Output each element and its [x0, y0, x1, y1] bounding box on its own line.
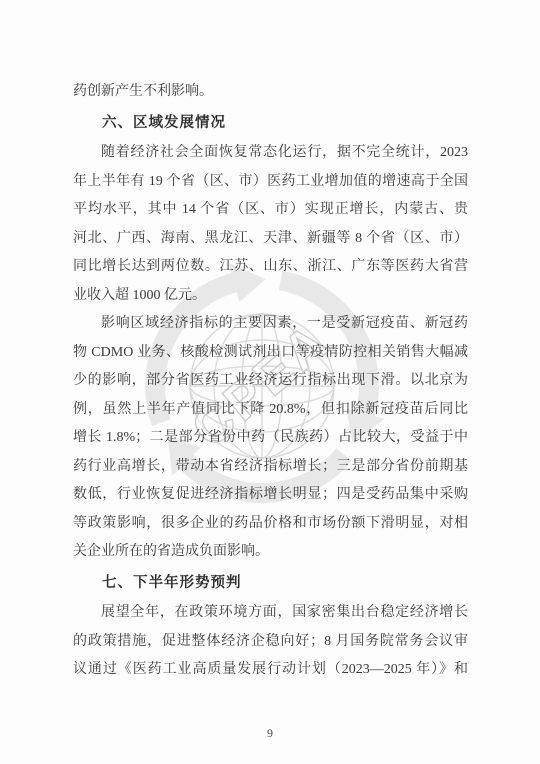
- text-line: 随着经济社会全面恢复常态化运行，据不完全统计，2023: [73, 139, 468, 168]
- text-line: 年上半年有 19 个省（区、市）医药工业增加值的增速高于全国: [73, 168, 468, 197]
- section-7-heading: 七、下半年形势预判: [73, 569, 468, 598]
- text-line: 河北、广西、海南、黑龙江、天津、新疆等 8 个省（区、市）: [73, 225, 468, 254]
- text-line: 的政策措施，促进整体经济企稳向好；8 月国务院常务会议审: [73, 628, 468, 657]
- text-line: 平均水平，其中 14 个省（区、市）实现正增长，内蒙古、贵州、: [73, 196, 468, 225]
- text-line: 物 CDMO 业务、核酸检测试剂出口等疫情防控相关销售大幅减: [73, 339, 468, 368]
- text-line: 影响区域经济指标的主要因素，一是受新冠疫苗、新冠药: [73, 310, 468, 339]
- document-page: CPEA 药创新产生不利影响。 六、区域发展情况 随着经济社会全面恢复常态化运行…: [0, 0, 540, 764]
- paragraph-continuation-line: 药创新产生不利影响。: [73, 78, 468, 107]
- text-line: 同比增长达到两位数。江苏、山东、浙江、广东等医药大省营: [73, 253, 468, 282]
- section-6-heading: 六、区域发展情况: [73, 109, 468, 138]
- text-line: 增长 1.8%；二是部分省份中药（民族药）占比较大，受益于中: [73, 424, 468, 453]
- text-line: 议通过《医药工业高质量发展行动计划（2023—2025 年）》和: [73, 656, 468, 685]
- text-line: 例，虽然上半年产值同比下降 20.8%，但扣除新冠疫苗后同比: [73, 396, 468, 425]
- page-number: 9: [0, 726, 540, 741]
- text-line: 业收入超 1000 亿元。: [73, 282, 468, 311]
- text-line: 等政策影响，很多企业的药品价格和市场份额下滑明显，对相: [73, 510, 468, 539]
- text-line: 少的影响，部分省医药工业经济运行指标出现下滑。以北京为: [73, 367, 468, 396]
- text-line: 关企业所在的省造成负面影响。: [73, 538, 468, 567]
- text-line: 展望全年，在政策环境方面，国家密集出台稳定经济增长: [73, 599, 468, 628]
- text-line: 药行业高增长，带动本省经济指标增长；三是部分省份前期基: [73, 453, 468, 482]
- page-content: 药创新产生不利影响。 六、区域发展情况 随着经济社会全面恢复常态化运行，据不完全…: [73, 78, 468, 685]
- text-line: 数低，行业恢复促进经济指标增长明显；四是受药品集中采购: [73, 481, 468, 510]
